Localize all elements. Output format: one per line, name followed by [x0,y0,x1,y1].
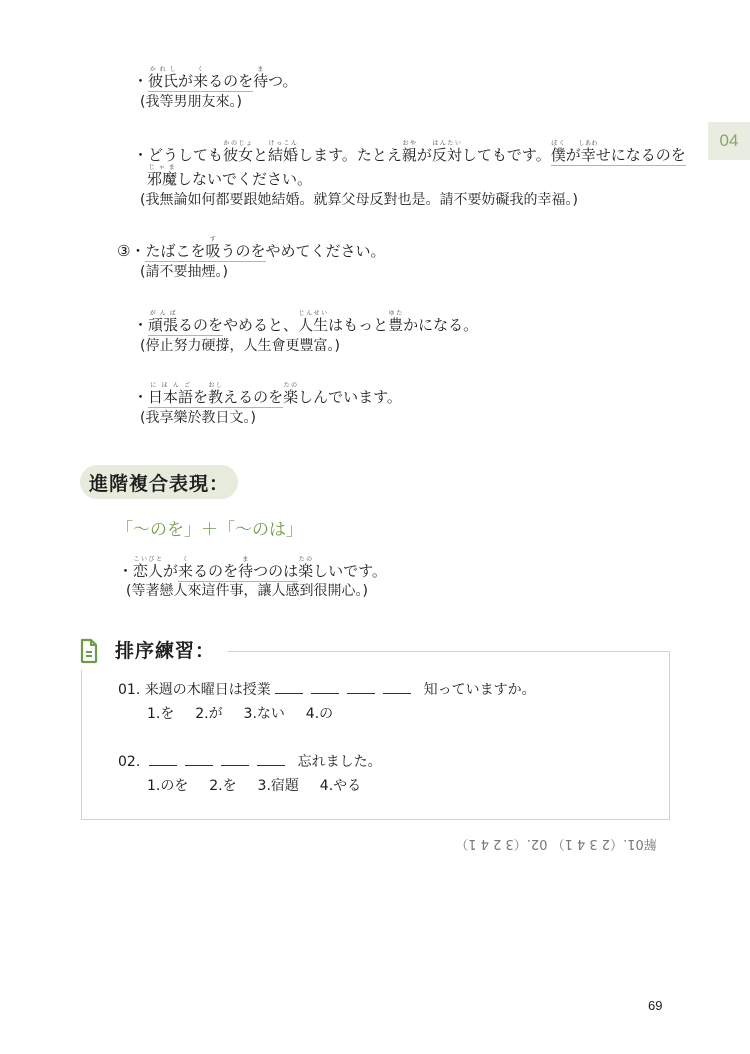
page-number: 69 [648,998,662,1013]
question-number: 02. [118,754,140,770]
answer-blank-2[interactable] [185,753,213,766]
exercise-box-top-border [228,651,669,652]
translation-3: (請不要抽煙。) [140,262,228,282]
answer-blank-3[interactable] [347,681,375,694]
answer-blank-4[interactable] [257,753,285,766]
chapter-tab: 04 [708,122,750,160]
option: 1.のを [147,778,188,794]
underlined-phrase: 彼氏かれしが来くるのを [148,72,253,92]
question-text-after: 知っていますか。 [424,682,536,698]
translation-1: (我等男朋友來。) [140,92,242,112]
answer-key-upside-down: 解01.（2 3 4 1） 02.（3 2 4 1） [440,836,672,855]
option: 1.を [147,706,174,722]
option: 3.宿題 [258,778,299,794]
underlined-phrase: 頑張がんばるのを [148,316,223,336]
example-sentence-4: ・頑張がんばるのをやめると、人生じんせいはもっと豊ゆたかになる。 [133,310,478,335]
question-2-options: 1.のを 2.を 3.宿題 4.やる [147,776,361,796]
translation-5: (我享樂於教日文。) [140,408,256,428]
question-number: 01. [118,682,140,698]
option: 2.を [209,778,236,794]
option: 2.が [195,706,222,722]
underlined-phrase: 僕ぼくが幸しあわせになるのを [551,146,686,166]
question-text-after: 忘れました。 [298,754,382,770]
advanced-example-sentence: ・恋人こいびとが来くるのを待まつのは楽たのしいです。 [118,556,387,581]
circled-number: ③ [117,242,130,260]
underlined-phrase: たばこを吸すうのを [145,242,265,262]
advanced-section-heading: 進階複合表現： [80,465,238,499]
bullet: ・ [133,72,148,90]
question-text-before: 来週の木曜日は授業 [145,682,271,698]
grammar-formula: 「～のを」＋「～のは」 [116,515,303,540]
example-sentence-3: ③・たばこを吸すうのをやめてください。 [117,236,386,261]
example-sentence-2-line2: 邪魔じゃましないでください。 [147,164,312,189]
answer-blank-4[interactable] [383,681,411,694]
example-sentence-2-line1: ・どうしても彼女かのじょと結婚けっこんします。たとえ親おやが反対はんたいしてもで… [133,140,686,165]
answer-blank-2[interactable] [311,681,339,694]
example-sentence-5: ・日本語にほんごを教おしえるのを楽たのしんでいます。 [133,382,402,407]
advanced-translation: (等著戀人來這件事，讓人感到很開心。) [126,581,368,601]
underlined-phrase: 来くるのを待まつのは [178,562,298,582]
option: 4.やる [320,778,361,794]
document-icon [79,638,99,664]
underlined-phrase: 日本語にほんごを教おしえるのを [148,388,283,408]
question-1-options: 1.を 2.が 3.ない 4.の [147,704,333,724]
question-1: 01. 来週の木曜日は授業 知っていますか。 [118,680,536,700]
option: 4.の [306,706,333,722]
option: 3.ない [244,706,285,722]
answer-blank-1[interactable] [275,681,303,694]
answer-blank-3[interactable] [221,753,249,766]
exercise-heading: 排序練習： [115,636,215,663]
translation-4: (停止努力硬撐，人生會更豐富。) [140,336,340,356]
example-sentence-1: ・彼氏かれしが来くるのを待まつ。 [133,66,298,91]
answer-blank-1[interactable] [149,753,177,766]
translation-2: (我無論如何都要跟她結婚。就算父母反對也是。請不要妨礙我的幸福。) [140,190,578,210]
question-2: 02. 忘れました。 [118,752,382,772]
